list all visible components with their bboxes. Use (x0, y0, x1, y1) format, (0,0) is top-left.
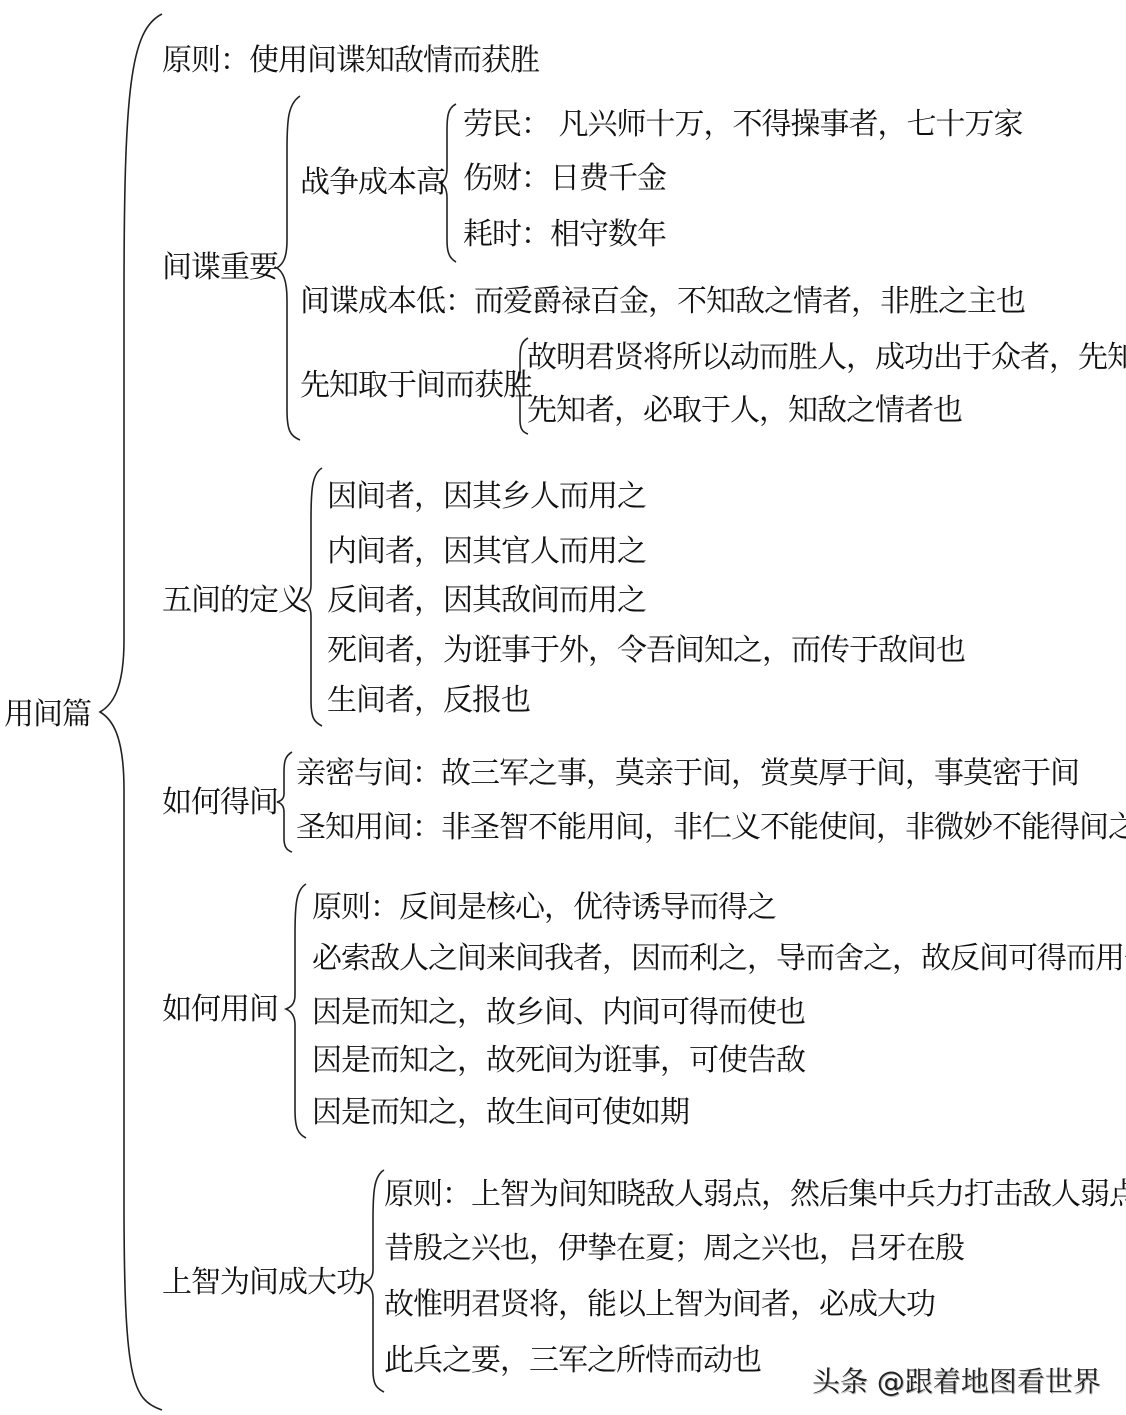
use-spies-item: 原则：反间是核心，优待诱导而得之 (312, 891, 776, 925)
obtain-spies-item: 圣知用间：非圣智不能用间，非仁义不能使间，非微妙不能得间之实 (296, 811, 1126, 845)
five-spies-item: 因间者，因其乡人而用之 (327, 480, 646, 514)
obtain-spies-brace (277, 752, 292, 852)
root-brace (100, 14, 162, 1410)
war-cost-node: 战争成本高 (300, 166, 445, 200)
principle-node: 原则：使用间谍知敌情而获胜 (162, 44, 539, 78)
use-spies-node: 如何用间 (162, 993, 278, 1027)
war-cost-item: 劳民： 凡兴师十万，不得操事者，七十万家 (463, 108, 1023, 142)
root-node: 用间篇 (4, 698, 91, 732)
supreme-wisdom-item: 原则：上智为间知晓敌人弱点，然后集中兵力打击敌人弱点 (384, 1178, 1126, 1212)
importance-node: 间谍重要 (162, 251, 278, 285)
use-spies-brace (286, 884, 306, 1138)
foreknow-item: 故明君贤将所以动而胜人，成功出于众者，先知也 (527, 341, 1126, 375)
use-spies-item: 因是而知之，故死间为诳事，可使告敌 (312, 1044, 805, 1078)
supreme-wisdom-item: 昔殷之兴也，伊挚在夏；周之兴也，吕牙在殷 (384, 1232, 964, 1266)
importance-brace (277, 96, 300, 440)
use-spies-item: 因是而知之，故生间可使如期 (312, 1096, 689, 1130)
obtain-spies-node: 如何得间 (162, 786, 278, 820)
five-spies-node: 五间的定义 (162, 584, 307, 618)
five-spies-item: 内间者，因其官人而用之 (327, 535, 646, 569)
supreme-wisdom-brace (364, 1170, 384, 1392)
obtain-spies-item: 亲密与间：故三军之事，莫亲于间，赏莫厚于间，事莫密于间 (296, 757, 1079, 791)
use-spies-item: 因是而知之，故乡间、内间可得而使也 (312, 996, 805, 1030)
supreme-wisdom-item: 故惟明君贤将，能以上智为间者，必成大功 (384, 1288, 935, 1322)
five-spies-item: 反间者，因其敌间而用之 (327, 584, 646, 618)
watermark: 头条 @跟着地图看世界 (812, 1360, 1101, 1400)
war-cost-item: 伤财：日费千金 (463, 162, 666, 196)
use-spies-item: 必索敌人之间来间我者，因而利之，导而舍之，故反间可得而用也 (312, 942, 1126, 976)
war-cost-item: 耗时：相守数年 (463, 218, 666, 252)
five-spies-item: 生间者，反报也 (327, 684, 530, 718)
foreknow-node: 先知取于间而获胜 (300, 369, 532, 403)
spy-cost-node: 间谍成本低：而爱爵禄百金，不知敌之情者，非胜之主也 (300, 285, 1025, 319)
supreme-wisdom-node: 上智为间成大功 (162, 1266, 365, 1300)
supreme-wisdom-item: 此兵之要，三军之所恃而动也 (384, 1344, 761, 1378)
foreknow-item: 先知者，必取于人，知敌之情者也 (527, 394, 962, 428)
five-spies-item: 死间者，为诳事于外，令吾间知之，而传于敌间也 (327, 634, 965, 668)
